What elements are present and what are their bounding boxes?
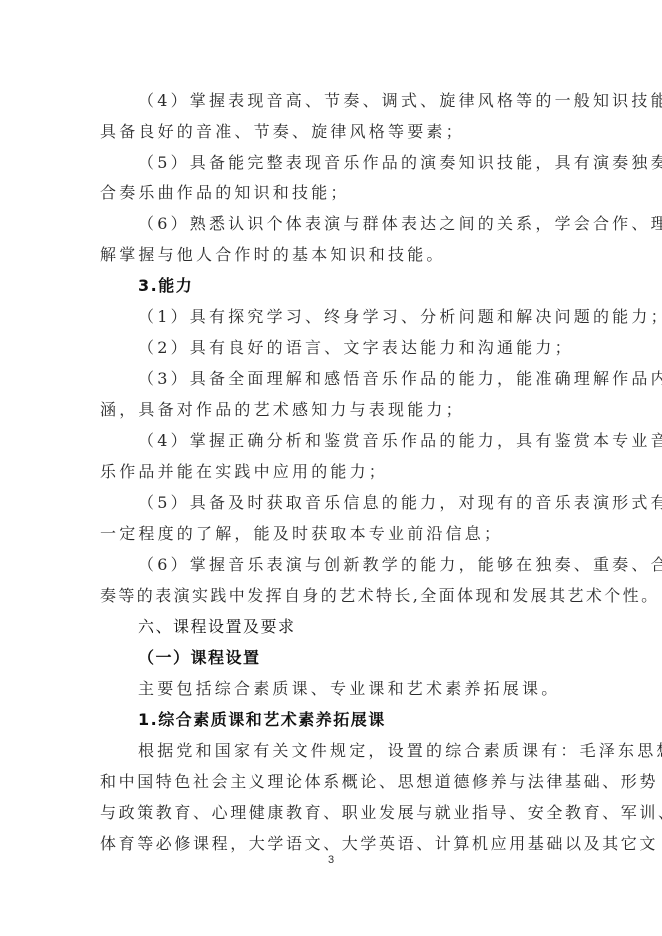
text-line: 根据党和国家有关文件规定，设置的综合素质课有：毛泽东思想 [138,735,564,766]
section-heading: （一）课程设置 [138,642,564,673]
text-line: 奏等的表演实践中发挥自身的艺术特长,全面体现和发展其艺术个性。 [100,580,564,611]
section-heading: 3.能力 [138,270,564,301]
text-line: 合奏乐曲作品的知识和技能； [100,177,564,208]
text-line: （5）具备能完整表现音乐作品的演奏知识技能，具有演奏独奏、 [138,147,564,178]
text-line: （6）掌握音乐表演与创新教学的能力，能够在独奏、重奏、合 [138,549,564,580]
text-line: 乐作品并能在实践中应用的能力； [100,456,564,487]
text-line: （5）具备及时获取音乐信息的能力，对现有的音乐表演形式有 [138,487,564,518]
text-line: 主要包括综合素质课、专业课和艺术素养拓展课。 [138,673,564,704]
text-line: 具备良好的音准、节奏、旋律风格等要素； [100,116,564,147]
text-line: （1）具有探究学习、终身学习、分析问题和解决问题的能力； [138,301,564,332]
text-line: （3）具备全面理解和感悟音乐作品的能力，能准确理解作品内 [138,363,564,394]
text-line: （4）掌握正确分析和鉴赏音乐作品的能力，具有鉴赏本专业音 [138,425,564,456]
text-line: 和中国特色社会主义理论体系概论、思想道德修养与法律基础、形势 [100,766,564,797]
page-number: 3 [0,854,662,866]
text-line: 一定程度的了解，能及时获取本专业前沿信息； [100,518,564,549]
text-line: 与政策教育、心理健康教育、职业发展与就业指导、安全教育、军训、 [100,797,564,828]
text-line: （2）具有良好的语言、文字表达能力和沟通能力； [138,332,564,363]
text-line: （4）掌握表现音高、节奏、调式、旋律风格等的一般知识技能， [138,85,564,116]
chapter-heading: 六、课程设置及要求 [138,611,564,642]
document-page: （4）掌握表现音高、节奏、调式、旋律风格等的一般知识技能， 具备良好的音准、节奏… [0,0,662,936]
text-line: 涵，具备对作品的艺术感知力与表现能力； [100,394,564,425]
text-line: （6）熟悉认识个体表演与群体表达之间的关系，学会合作、理 [138,208,564,239]
section-heading: 1.综合素质课和艺术素养拓展课 [138,704,564,735]
text-line: 解掌握与他人合作时的基本知识和技能。 [100,239,564,270]
